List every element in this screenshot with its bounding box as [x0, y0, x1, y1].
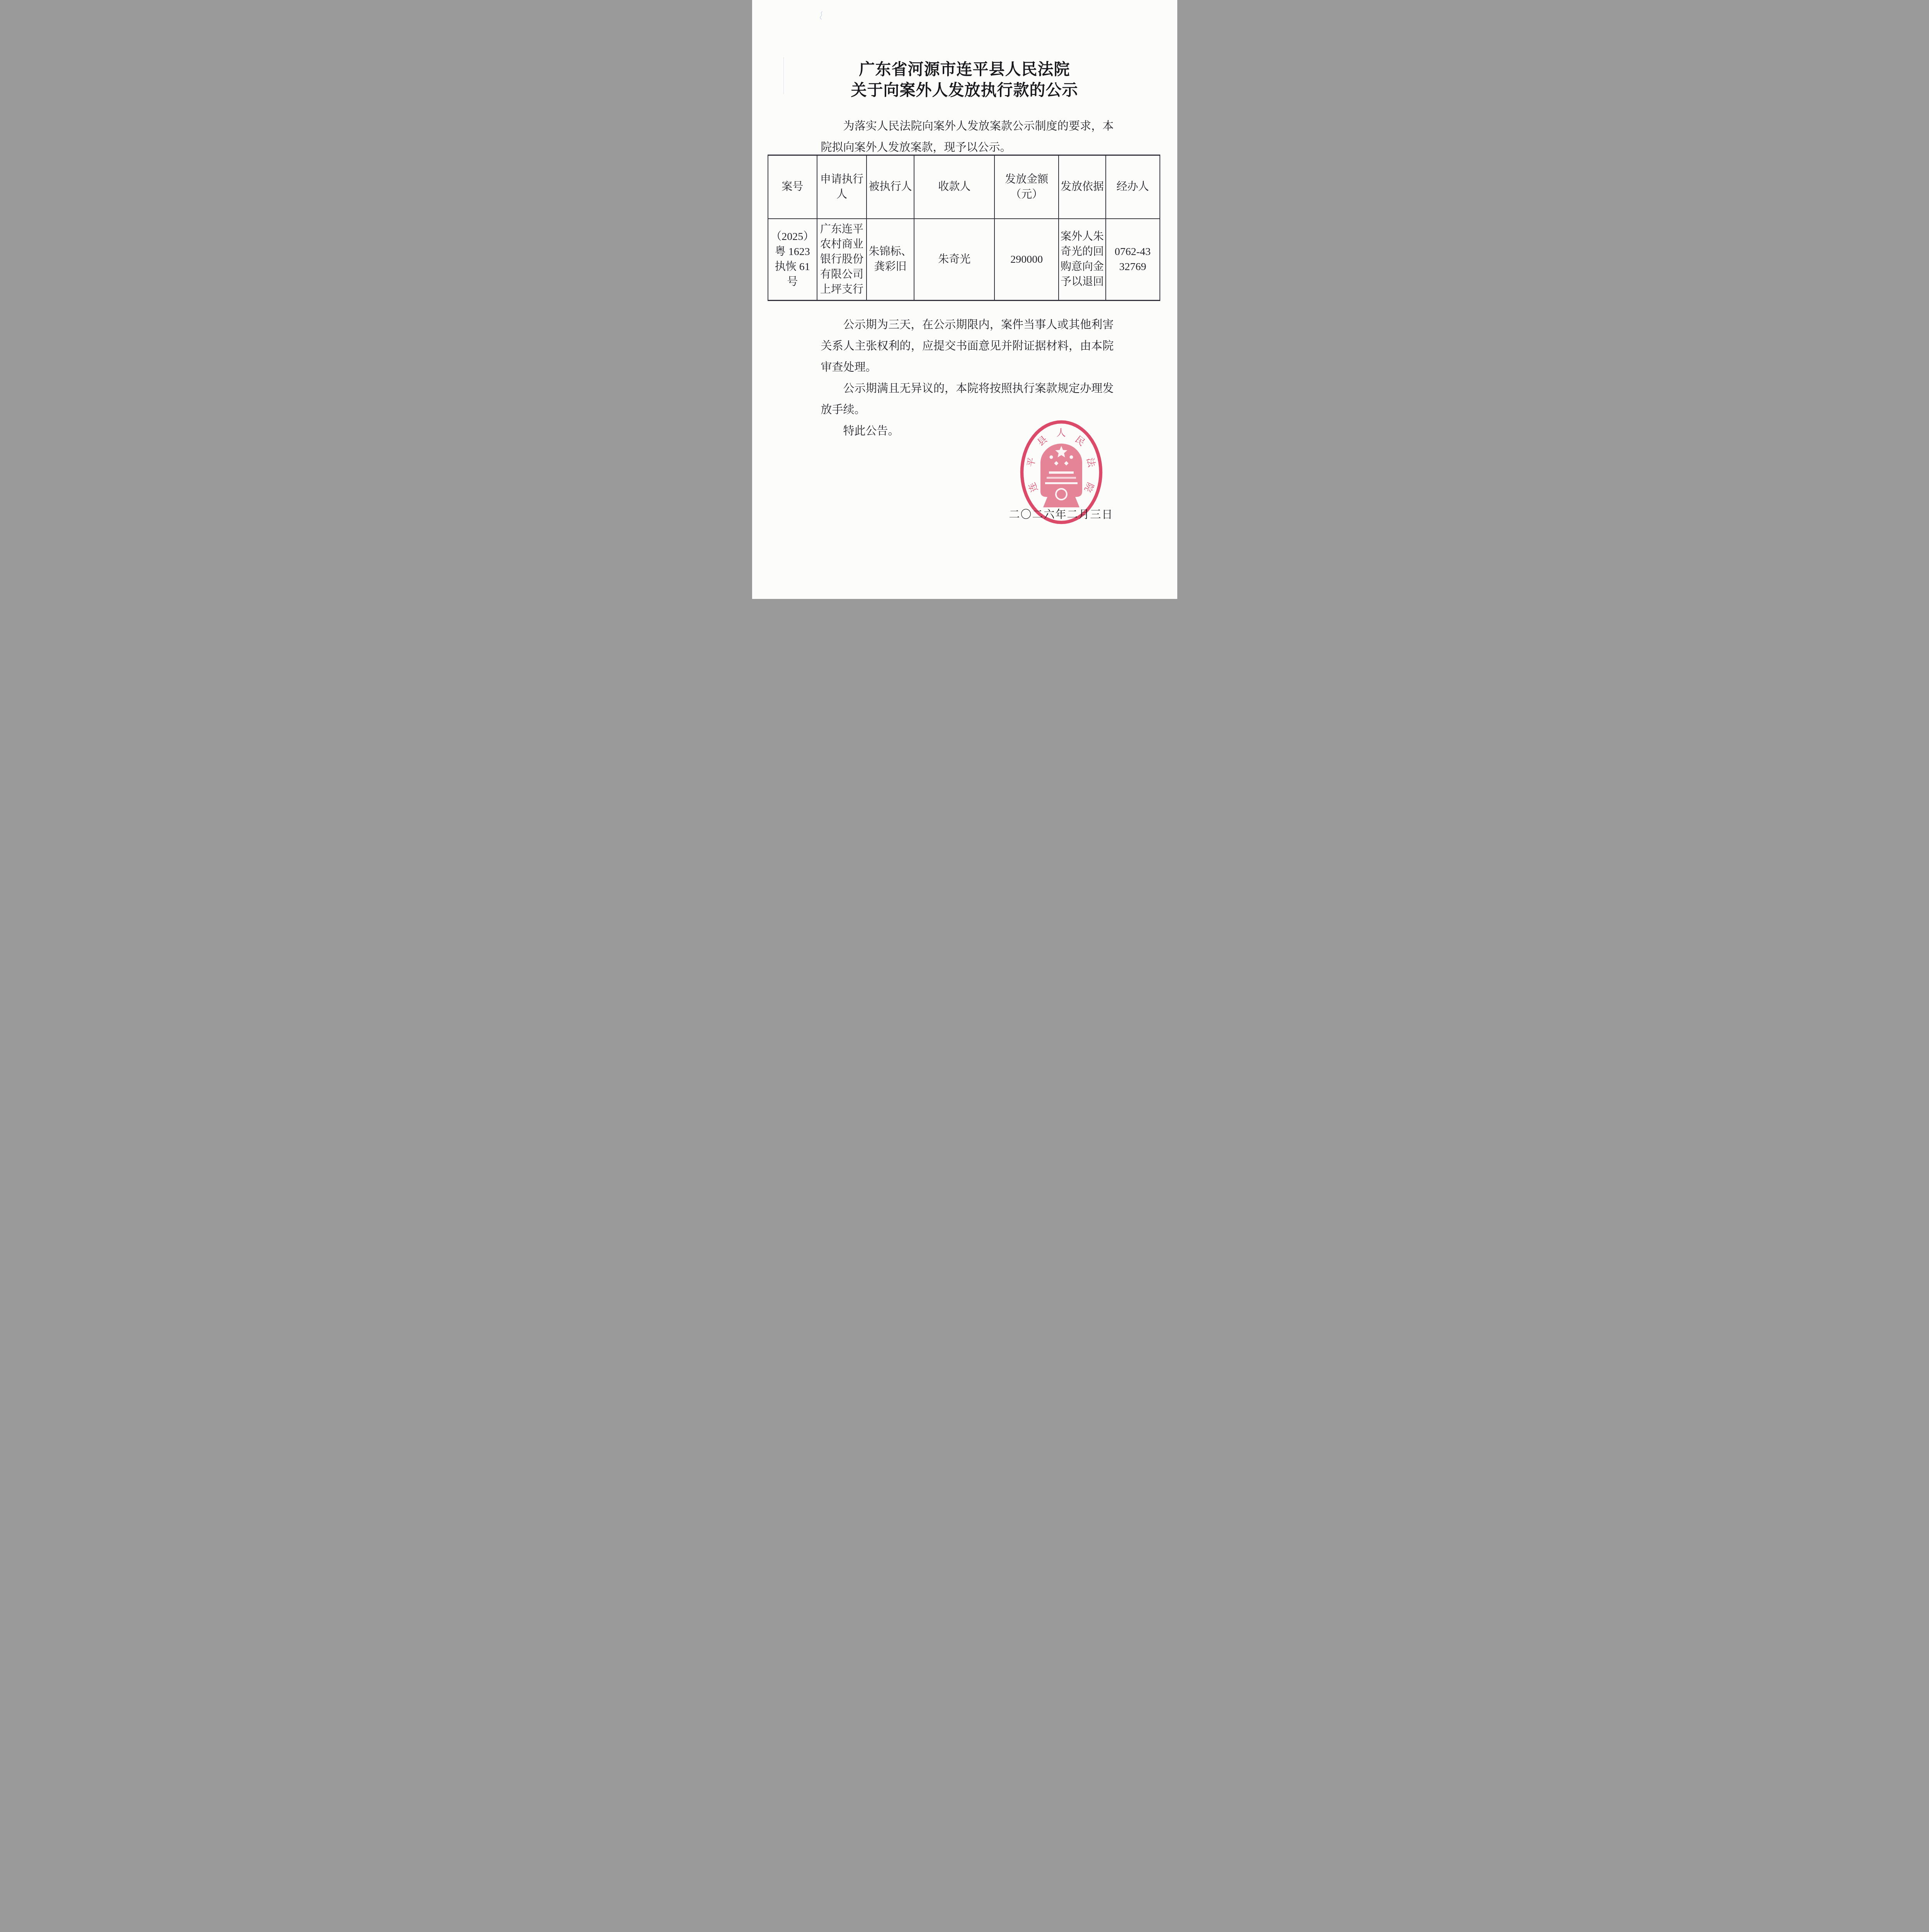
payout-table: 案号 申请执行 人 被执行人 收款人 发放金额 （元） 发放依据 经办人 （20…	[768, 155, 1160, 301]
cell-executee: 朱锦标、 龚彩旧	[867, 219, 914, 301]
cell-case-number: （2025） 粤 1623 执恢 61 号	[768, 219, 817, 301]
table-header-amount: 发放金额 （元）	[994, 155, 1059, 219]
cell-payee: 朱奇光	[914, 219, 994, 301]
scan-artifact-curl	[818, 11, 825, 20]
paragraph-intro: 为落实人民法院向案外人发放案款公示制度的要求，本院拟向案外人发放案款，现予以公示…	[821, 116, 1114, 158]
cell-basis: 案外人朱 奇光的回 购意向金 予以退回	[1059, 219, 1106, 301]
paragraph-no-objection: 公示期满且无异议的，本院将按照执行案款规定办理发放手续。	[821, 378, 1114, 421]
table-header-case-number: 案号	[768, 155, 817, 219]
national-emblem-icon	[1040, 444, 1082, 507]
document-title: 广东省河源市连平县人民法院 关于向案外人发放执行款的公示	[752, 59, 1177, 100]
table-header-executee: 被执行人	[867, 155, 914, 219]
table-header-handler: 经办人	[1106, 155, 1160, 219]
table-header-payee: 收款人	[914, 155, 994, 219]
cell-amount: 290000	[994, 219, 1059, 301]
document-date: 二〇二六年二月三日	[1003, 506, 1119, 522]
cell-handler: 0762-43 32769	[1106, 219, 1160, 301]
document-title-line1: 广东省河源市连平县人民法院	[752, 59, 1177, 80]
paragraph-notice-period: 公示期为三天，在公示期限内，案件当事人或其他利害关系人主张权利的，应提交书面意见…	[821, 315, 1114, 378]
document-title-line2: 关于向案外人发放执行款的公示	[752, 80, 1177, 100]
table-header-basis: 发放依据	[1059, 155, 1106, 219]
table-row: （2025） 粤 1623 执恢 61 号 广东连平 农村商业 银行股份 有限公…	[768, 219, 1160, 301]
table-header-applicant: 申请执行 人	[817, 155, 867, 219]
scanned-court-notice-page: 广东省河源市连平县人民法院 关于向案外人发放执行款的公示 为落实人民法院向案外人…	[752, 0, 1177, 599]
table-header-row: 案号 申请执行 人 被执行人 收款人 发放金额 （元） 发放依据 经办人	[768, 155, 1160, 219]
cell-applicant: 广东连平 农村商业 银行股份 有限公司 上坪支行	[817, 219, 867, 301]
seal-char: 人	[1057, 425, 1066, 439]
